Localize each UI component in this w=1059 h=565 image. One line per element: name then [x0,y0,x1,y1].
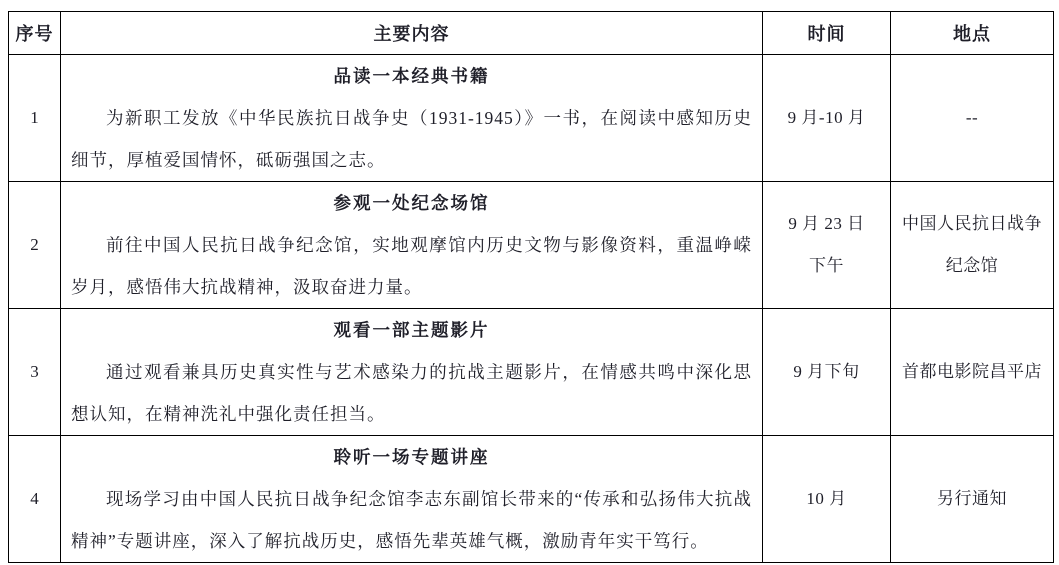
activity-description: 为新职工发放《中华民族抗日战争史（1931-1945）》一书，在阅读中感知历史细… [71,97,752,181]
row-number: 1 [9,55,61,182]
place-cell: 中国人民抗日战争 纪念馆 [891,182,1054,309]
col-header-place: 地点 [891,12,1054,55]
activity-title: 品读一本经典书籍 [71,55,752,97]
activity-title: 观看一部主题影片 [71,309,752,351]
table-row: 3 观看一部主题影片 通过观看兼具历史真实性与艺术感染力的抗战主题影片，在情感共… [9,309,1054,436]
table-row: 2 参观一处纪念场馆 前往中国人民抗日战争纪念馆，实地观摩馆内历史文物与影像资料… [9,182,1054,309]
content-cell: 观看一部主题影片 通过观看兼具历史真实性与艺术感染力的抗战主题影片，在情感共鸣中… [61,309,763,436]
place-cell: 另行通知 [891,436,1054,563]
table-row: 1 品读一本经典书籍 为新职工发放《中华民族抗日战争史（1931-1945）》一… [9,55,1054,182]
row-number: 2 [9,182,61,309]
activity-description: 通过观看兼具历史真实性与艺术感染力的抗战主题影片，在情感共鸣中深化思想认知，在精… [71,351,752,435]
time-cell: 9 月 23 日 下午 [763,182,891,309]
col-header-time: 时间 [763,12,891,55]
table-row: 4 聆听一场专题讲座 现场学习由中国人民抗日战争纪念馆李志东副馆长带来的“传承和… [9,436,1054,563]
content-cell: 品读一本经典书籍 为新职工发放《中华民族抗日战争史（1931-1945）》一书，… [61,55,763,182]
header-row: 序号 主要内容 时间 地点 [9,12,1054,55]
row-number: 4 [9,436,61,563]
activity-description: 现场学习由中国人民抗日战争纪念馆李志东副馆长带来的“传承和弘扬伟大抗战精神”专题… [71,478,752,562]
activity-plan-table: 序号 主要内容 时间 地点 1 品读一本经典书籍 为新职工发放《中华民族抗日战争… [8,11,1054,563]
time-cell: 9 月下旬 [763,309,891,436]
activity-title: 聆听一场专题讲座 [71,436,752,478]
content-cell: 参观一处纪念场馆 前往中国人民抗日战争纪念馆，实地观摩馆内历史文物与影像资料，重… [61,182,763,309]
activity-title: 参观一处纪念场馆 [71,182,752,224]
content-cell: 聆听一场专题讲座 现场学习由中国人民抗日战争纪念馆李志东副馆长带来的“传承和弘扬… [61,436,763,563]
activity-description: 前往中国人民抗日战争纪念馆，实地观摩馆内历史文物与影像资料，重温峥嵘岁月，感悟伟… [71,224,752,308]
place-cell: -- [891,55,1054,182]
time-cell: 10 月 [763,436,891,563]
row-number: 3 [9,309,61,436]
place-cell: 首都电影院昌平店 [891,309,1054,436]
time-cell: 9 月-10 月 [763,55,891,182]
col-header-number: 序号 [9,12,61,55]
col-header-content: 主要内容 [61,12,763,55]
